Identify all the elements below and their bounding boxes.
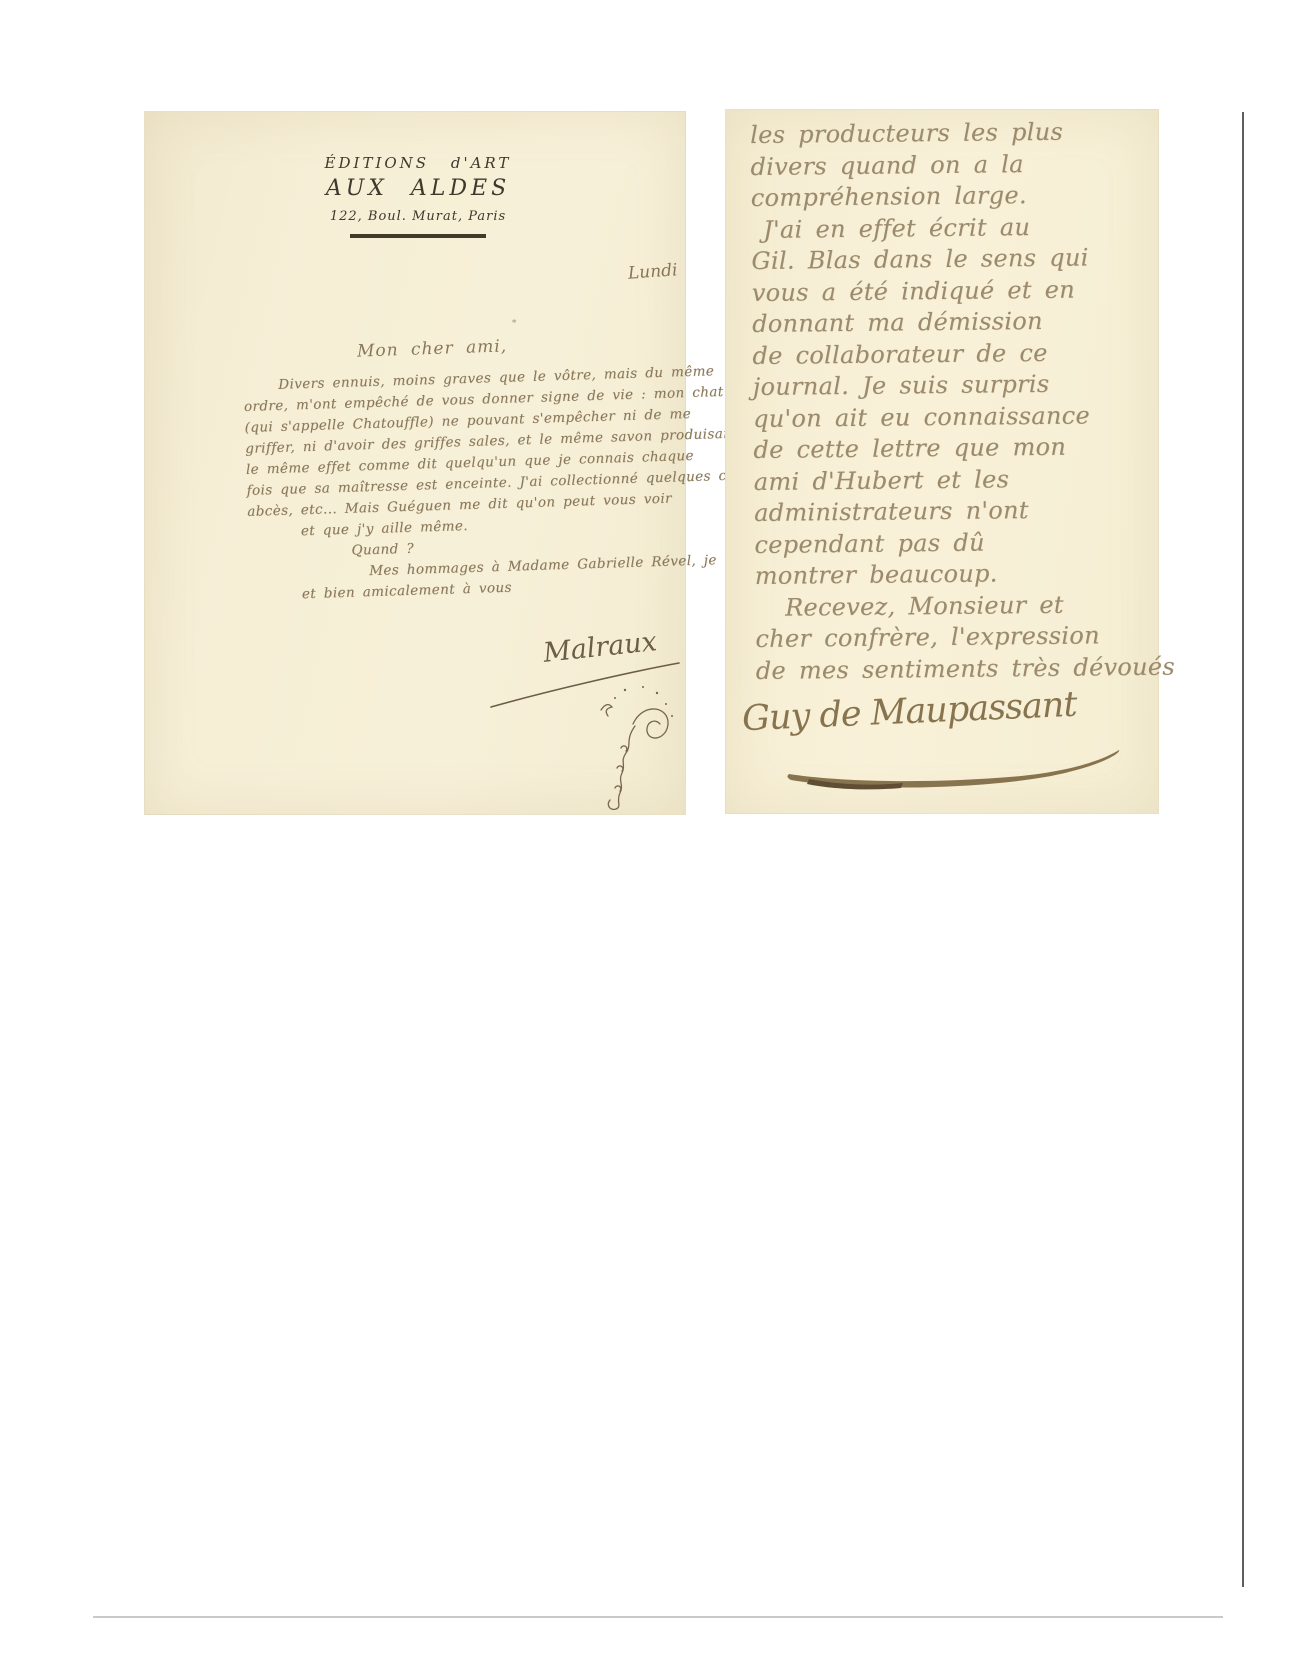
date-line: Lundi bbox=[627, 260, 678, 283]
letterhead-address: 122, Boul. Murat, Paris bbox=[148, 209, 688, 224]
salutation: Mon cher ami, bbox=[357, 336, 508, 361]
handwritten-line: de collaborateur de ce bbox=[752, 336, 1157, 372]
letter-body: Divers ennuis, moins graves que le vôtre… bbox=[243, 362, 680, 606]
signature-maupassant: Guy de Maupassant bbox=[741, 685, 1077, 740]
letterhead-publisher: ÉDITIONS d'ART bbox=[148, 154, 688, 172]
bottom-horizontal-rule bbox=[93, 1616, 1223, 1618]
ink-dot: ∗ bbox=[511, 317, 517, 327]
letter-scan-left: ÉDITIONS d'ART AUX ALDES 122, Boul. Mura… bbox=[144, 111, 686, 815]
handwritten-line: administrateurs n'ont bbox=[754, 494, 1159, 530]
handwritten-line: donnant ma démission bbox=[752, 305, 1157, 341]
vertical-divider-line bbox=[1242, 112, 1244, 1587]
letterhead-rule bbox=[350, 234, 486, 238]
handwritten-line: journal. Je suis surpris bbox=[753, 368, 1158, 404]
handwritten-line: de mes sentiments très dévoués bbox=[756, 651, 1161, 687]
handwritten-line: et bien amicalement à vous bbox=[302, 572, 680, 605]
handwritten-line: Gil. Blas dans le sens qui bbox=[751, 242, 1156, 278]
handwritten-line: divers quand on a la bbox=[750, 147, 1155, 183]
letterhead: ÉDITIONS d'ART AUX ALDES 122, Boul. Mura… bbox=[148, 154, 688, 238]
spiral-doodle-drawing bbox=[573, 682, 678, 817]
letter-body: les producteurs les plus divers quand on… bbox=[750, 116, 1161, 687]
signature-swash-drawing bbox=[781, 746, 1126, 792]
handwritten-line: cher confrère, l'expression bbox=[755, 620, 1160, 656]
letterhead-title: AUX ALDES bbox=[148, 176, 688, 201]
handwritten-line: ami d'Hubert et les bbox=[754, 462, 1159, 498]
letter-scan-right: les producteurs les plus divers quand on… bbox=[725, 109, 1159, 814]
handwritten-line: de cette lettre que mon bbox=[753, 431, 1158, 467]
handwritten-line: compréhension large. bbox=[751, 179, 1156, 215]
handwritten-line: montrer beaucoup. bbox=[755, 557, 1160, 593]
handwritten-line: cependant pas dû bbox=[754, 525, 1159, 561]
handwritten-line: vous a été indiqué et en bbox=[752, 273, 1157, 309]
handwritten-line: les producteurs les plus bbox=[750, 116, 1155, 152]
handwritten-line: Recevez, Monsieur et bbox=[785, 588, 1160, 623]
handwritten-line: J'ai en effet écrit au bbox=[763, 210, 1156, 246]
handwritten-line: qu'on ait eu connaissance bbox=[753, 399, 1158, 435]
